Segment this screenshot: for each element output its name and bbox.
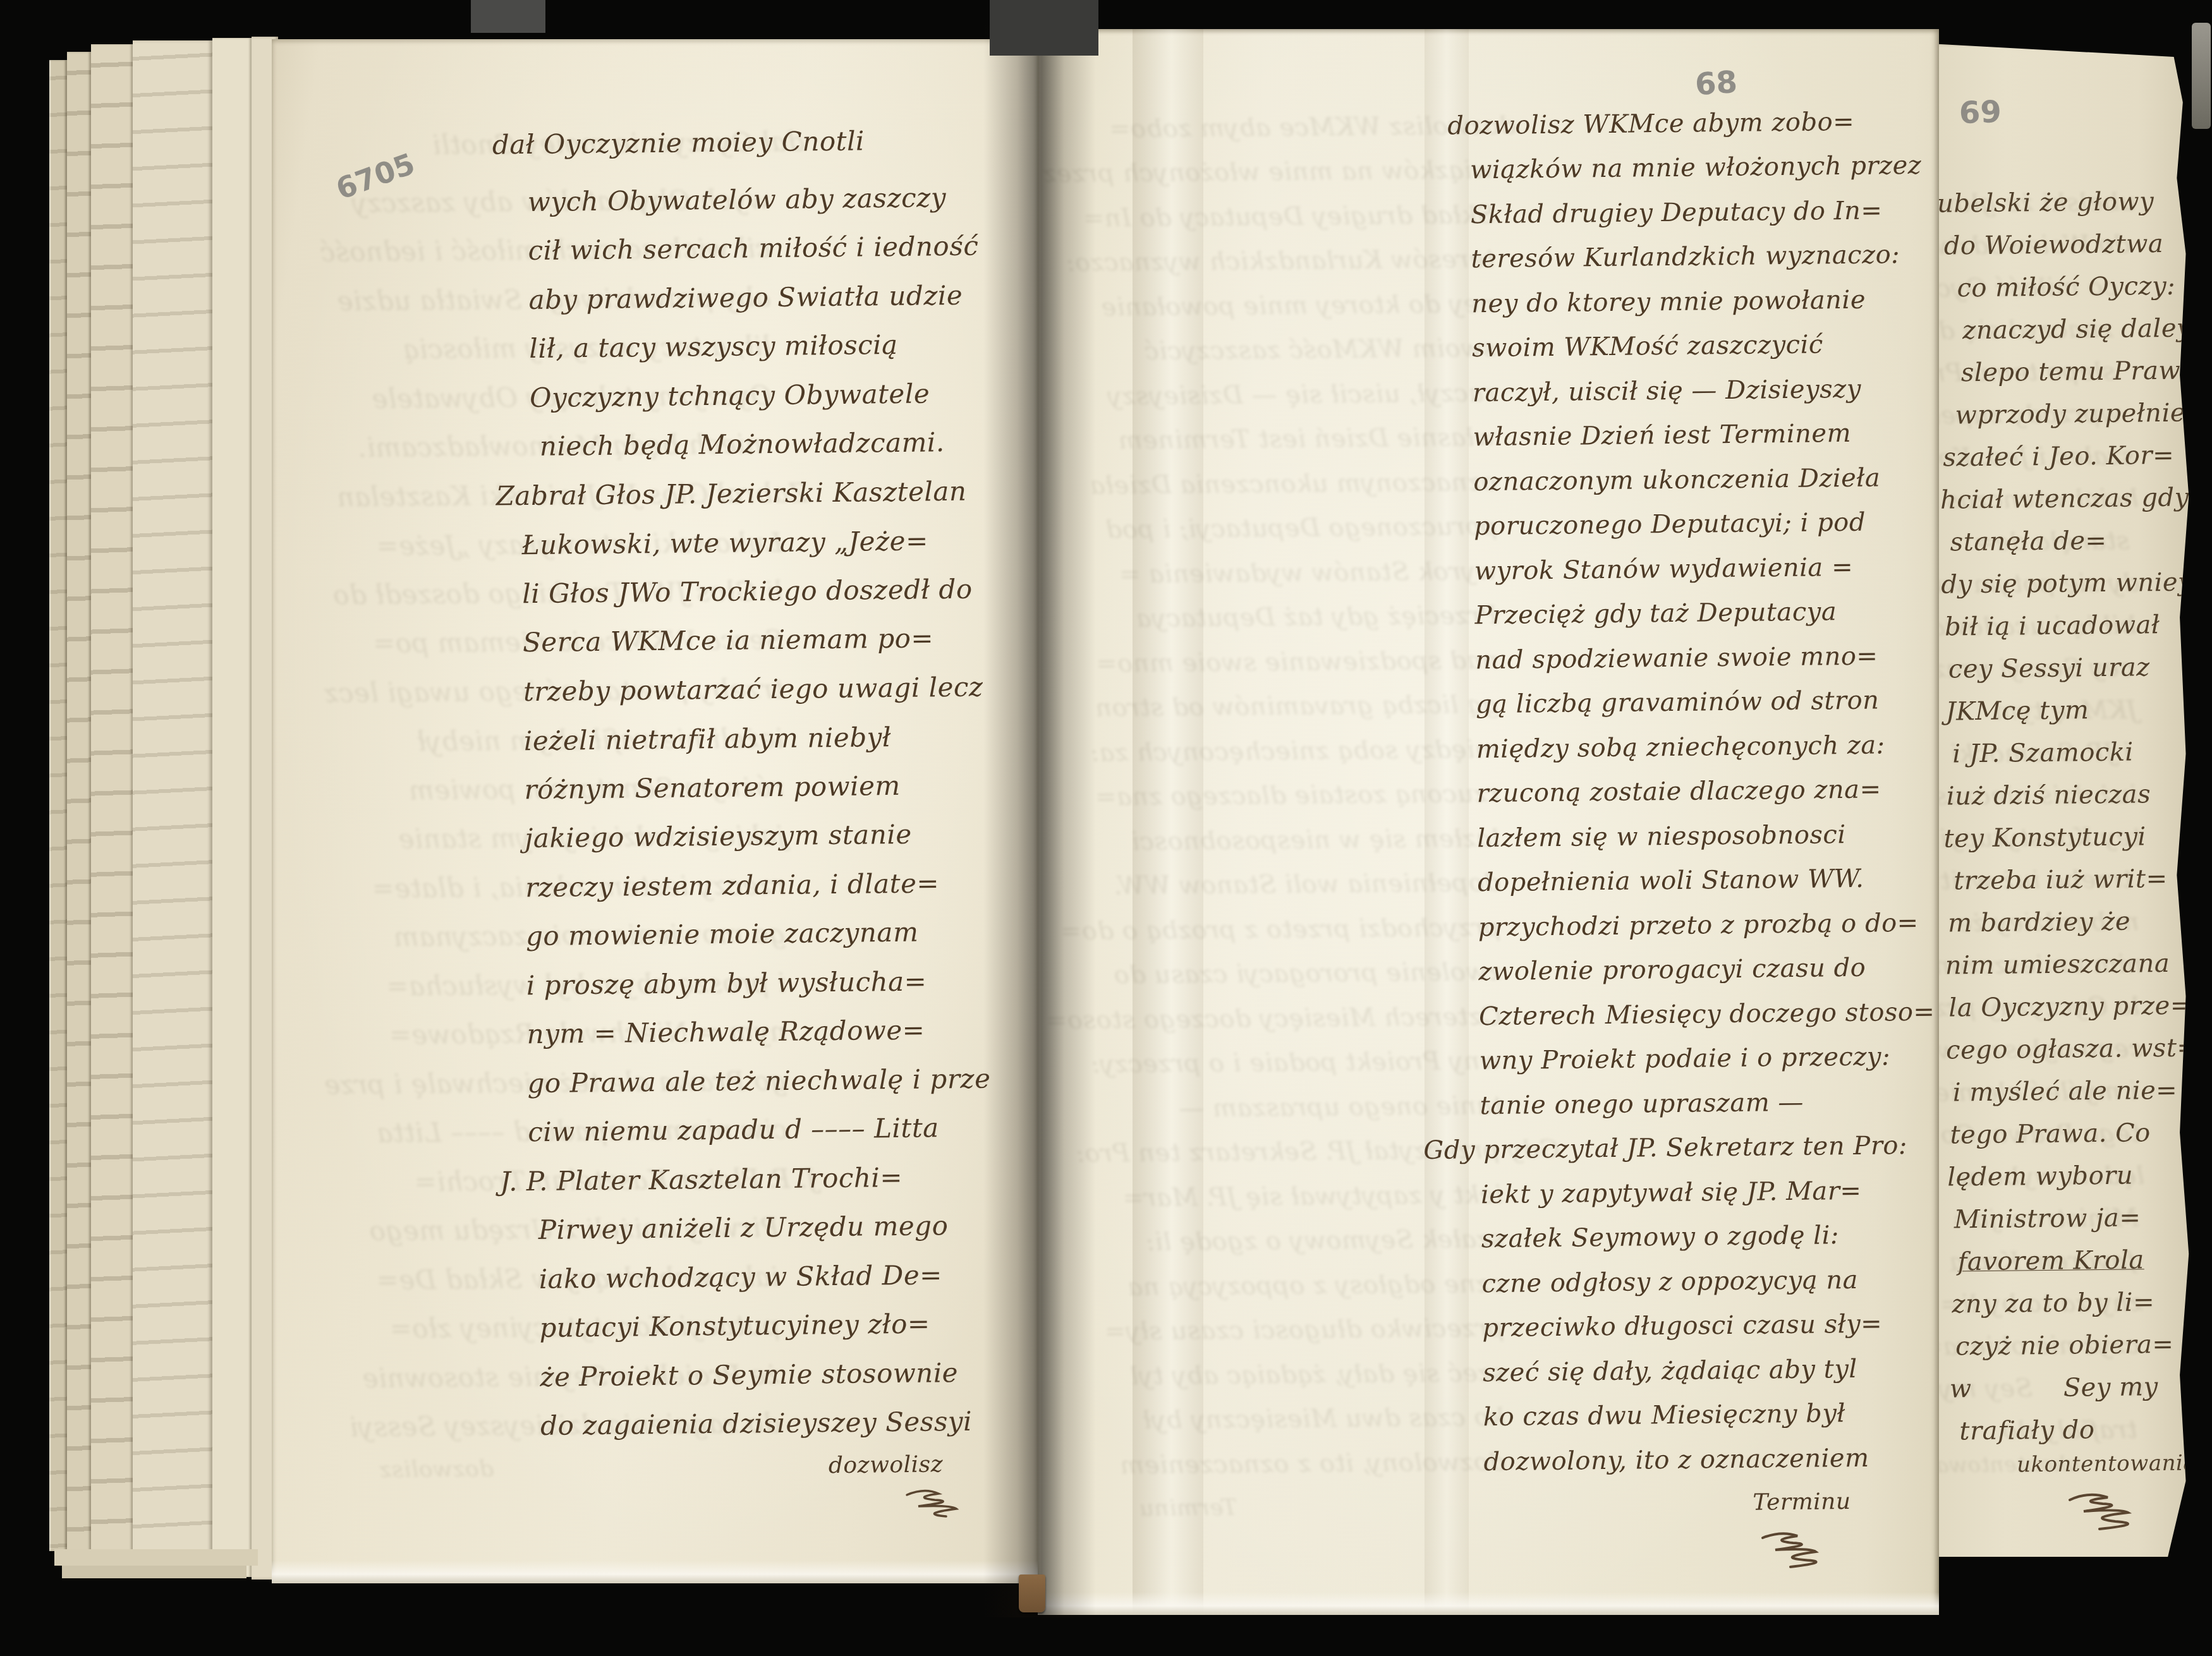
manuscript-line: czne odgłosy z oppozycyą na	[1481, 1266, 1858, 1298]
manuscript-line: czyż nie obiera=	[1955, 1330, 2174, 1362]
leaf-edge	[212, 38, 252, 1577]
manuscript-line: Terminu	[1753, 1489, 1851, 1516]
manuscript-line: J. P. Plater Kasztelan Trochi=	[500, 1162, 902, 1197]
manuscript-line: iako wchodzący w Skład De=	[538, 1259, 942, 1295]
manuscript-line: dozwolony, ito z oznaczeniem	[1483, 1444, 1869, 1477]
manuscript-line: lędem wyboru	[1947, 1161, 2133, 1192]
manuscript-line: Ministrow ja=	[1954, 1203, 2141, 1234]
manuscript-line: Łukowski, wte wyrazy „Jeże=	[521, 525, 928, 560]
manuscript-line: i JP. Szamocki	[1952, 737, 2134, 768]
manuscript-line: swoim WKMość zaszczycić	[1472, 330, 1823, 363]
manuscript-line: Czterech Miesięcy doczego stoso=	[1479, 998, 1935, 1032]
manuscript-line: cego ogłasza. wst=	[1946, 1033, 2192, 1065]
manuscript-line: teresów Kurlandzkich wyznaczo:	[1471, 240, 1900, 274]
ink-flourish-icon	[897, 1486, 980, 1530]
manuscript-line: ciw niemu zapadu d –––– Litta	[528, 1112, 939, 1147]
manuscript-line: do Woiewodztwa	[1944, 229, 2164, 261]
manuscript-line: cey Sessyi uraz	[1948, 653, 2150, 684]
manuscript-line: lił, a tacy wszyscy miłoscią	[529, 329, 898, 364]
manuscript-line: tey Konstytucyi	[1943, 822, 2146, 853]
manuscript-line: że Proiekt o Seymie stosownie	[540, 1357, 958, 1393]
manuscript-line: tego Prawa. Co	[1950, 1118, 2151, 1149]
page-68: 68 dozwolisz WKMce abym zobo=wiązków na …	[1038, 29, 1939, 1615]
manuscript-line: aby prawdziwego Swiatła udzie	[528, 280, 963, 315]
folio-number-pencil: 69	[1959, 94, 2002, 131]
cradle-fragment	[990, 0, 1098, 56]
manuscript-line: m bardziey że	[1948, 907, 2130, 938]
manuscript-line: co miłość Oyczy:	[1957, 272, 2175, 303]
manuscript-line: jakiego wdzisieyszym stanie	[525, 819, 912, 854]
manuscript-line: stanęła de=	[1950, 526, 2106, 557]
ink-flourish-icon	[2063, 1489, 2158, 1539]
leaf-edge	[67, 52, 91, 1563]
ink-flourish-icon	[1755, 1528, 1844, 1578]
manuscript-line: szałek Seymowy o zgodę li:	[1481, 1221, 1839, 1254]
manuscript-line: iekt y zapytywał się JP. Mar=	[1481, 1176, 1862, 1209]
manuscript-line: li Głos JWo Trockiego doszedł do	[522, 574, 973, 609]
manuscript-line: slepo temu Prawu	[1961, 356, 2192, 387]
manuscript-line: oznaczonym ukonczenia Dzieła	[1473, 463, 1880, 497]
manuscript-line: Oyczyzny tchnący Obywatele	[530, 378, 930, 413]
manuscript-line: poruczonego Deputacyi; i pod	[1474, 508, 1866, 541]
manuscript-line: tanie onego upraszam —	[1480, 1088, 1804, 1120]
manuscript-line: do zagaienia dzisieyszey Sessyi	[540, 1406, 972, 1441]
manuscript-line: hciał wtenczas gdy	[1940, 483, 2189, 515]
manuscript-line: ubelski że głowy	[1937, 187, 2154, 219]
cradle-fragment	[2192, 23, 2211, 129]
manuscript-line: putacyi Konstytucyiney zło=	[539, 1308, 930, 1343]
manuscript-line: przychodzi przeto z prozbą o do=	[1478, 909, 1919, 942]
manuscript-line: wych Obywatelów aby zaszczy	[528, 182, 947, 217]
manuscript-line: zny za to by li=	[1952, 1288, 2154, 1319]
manuscript-line: wny Proiekt podaie i o przeczy:	[1480, 1042, 1891, 1075]
cradle-fragment	[471, 0, 545, 33]
manuscript-line: Sey my	[2063, 1372, 2158, 1403]
manuscript-scan: 69 ubelski że głowydo Woiewodztwaco miło…	[0, 0, 2212, 1656]
manuscript-line: własnie Dzień iest Terminem	[1473, 419, 1851, 452]
manuscript-line: wyrok Stanów wydawienia =	[1474, 553, 1854, 586]
manuscript-line: przeciwko długosci czasu sły=	[1482, 1310, 1882, 1343]
leaf-edge	[91, 44, 133, 1568]
manuscript-text-layer: dozwolisz WKMce abym zobo=wiązków na mni…	[1038, 29, 1939, 1615]
manuscript-line: lazłem się w niesposobnosci	[1477, 820, 1846, 853]
manuscript-line: Przecięż gdy taż Deputacya	[1474, 597, 1837, 630]
manuscript-line: ukontentowania	[2017, 1451, 2192, 1478]
manuscript-line: dozwolisz WKMce abym zobo=	[1447, 107, 1854, 141]
manuscript-line: trzeba iuż writ=	[1954, 864, 2168, 896]
manuscript-line: Pirwey aniżeli z Urzędu mego	[538, 1210, 949, 1245]
manuscript-line: go Prawa ale też niechwalę i prze	[527, 1063, 990, 1099]
manuscript-line: Zabrał Głos JP. Jezierski Kasztelan	[496, 476, 967, 512]
folio-number-pencil: 68	[1694, 64, 1739, 103]
manuscript-line: szałeć i Jeo. Kor=	[1943, 441, 2174, 473]
manuscript-line: ieżeli nietrafił abym niebył	[524, 722, 892, 756]
manuscript-line: i myśleć ale nie=	[1953, 1076, 2178, 1108]
manuscript-line: dy się potym wniey	[1941, 567, 2192, 599]
manuscript-line: raczył, uiscił się — Dzisieyszy	[1473, 375, 1862, 408]
manuscript-line: w	[1950, 1374, 1972, 1403]
manuscript-line: nym = Niechwalę Rządowe=	[526, 1015, 925, 1050]
manuscript-text-layer: dał Oyczyznie moiey Cnotliwych Obywateló…	[272, 39, 1038, 1583]
leaf-bottom-edge	[62, 1566, 246, 1578]
manuscript-line: wiązków na mnie włożonych przez	[1470, 151, 1922, 184]
manuscript-line: Gdy przeczytał JP. Sekretarz ten Pro:	[1423, 1131, 1907, 1165]
manuscript-line: rzeczy iestem zdania, i dlate=	[525, 867, 939, 903]
manuscript-line: szeć się dały, żądaiąc aby tyl	[1483, 1355, 1857, 1387]
manuscript-line: cił wich sercach miłość i iedność	[528, 231, 978, 266]
manuscript-line: nim umieszczana	[1945, 949, 2170, 981]
manuscript-line: ko czas dwu Miesięczny był	[1483, 1399, 1846, 1432]
manuscript-line: różnym Senatorem powiem	[524, 770, 901, 805]
leaf-bottom-edge	[54, 1549, 258, 1566]
manuscript-line: Skład drugiey Deputacy do In=	[1471, 196, 1883, 229]
manuscript-line: la Oyczyzny prze=	[1948, 991, 2192, 1023]
manuscript-line: dozwolisz	[829, 1451, 944, 1478]
manuscript-line: dopełnienia woli Stanow WW.	[1478, 864, 1864, 897]
manuscript-line: Serca WKMce ia niemam po=	[523, 622, 933, 658]
manuscript-line: wprzody zupełnie	[1955, 399, 2185, 430]
manuscript-line: gą liczbą gravaminów od stron	[1476, 686, 1880, 720]
manuscript-line: dał Oyczyznie moiey Cnotli	[492, 125, 865, 160]
manuscript-line: znaczyd się daley	[1962, 313, 2191, 345]
manuscript-line: między sobą zniechęconych za:	[1476, 730, 1885, 764]
manuscript-line: trafiały do	[1959, 1415, 2094, 1446]
manuscript-line: favorem Krola	[1957, 1245, 2144, 1276]
manuscript-line: zwolenie prorogacyi czasu do	[1478, 953, 1866, 986]
leaf-edge	[133, 40, 212, 1572]
manuscript-line: i proszę abym był wysłucha=	[526, 966, 927, 1001]
manuscript-line: go mowienie moie zaczynam	[526, 917, 919, 952]
manuscript-line: iuż dziś nieczas	[1947, 780, 2151, 811]
manuscript-line: ney do ktorey mnie powołanie	[1471, 286, 1866, 319]
leaf-edge	[49, 60, 67, 1551]
spine-tab	[1019, 1574, 1045, 1612]
manuscript-line: trzeby powtarzać iego uwagi lecz	[523, 672, 983, 708]
left-page: 6705 dał Oyczyznie moiey Cnotliwych Obyw…	[272, 39, 1038, 1583]
manuscript-line: JKMcę tym	[1945, 696, 2089, 726]
manuscript-line: rzuconą zostaie dlaczego zna=	[1476, 775, 1881, 808]
manuscript-line: bił ią i ucadował	[1945, 610, 2160, 642]
manuscript-line: nad spodziewanie swoie mno=	[1475, 642, 1878, 675]
manuscript-line: niech będą Możnowładzcami.	[540, 426, 945, 462]
